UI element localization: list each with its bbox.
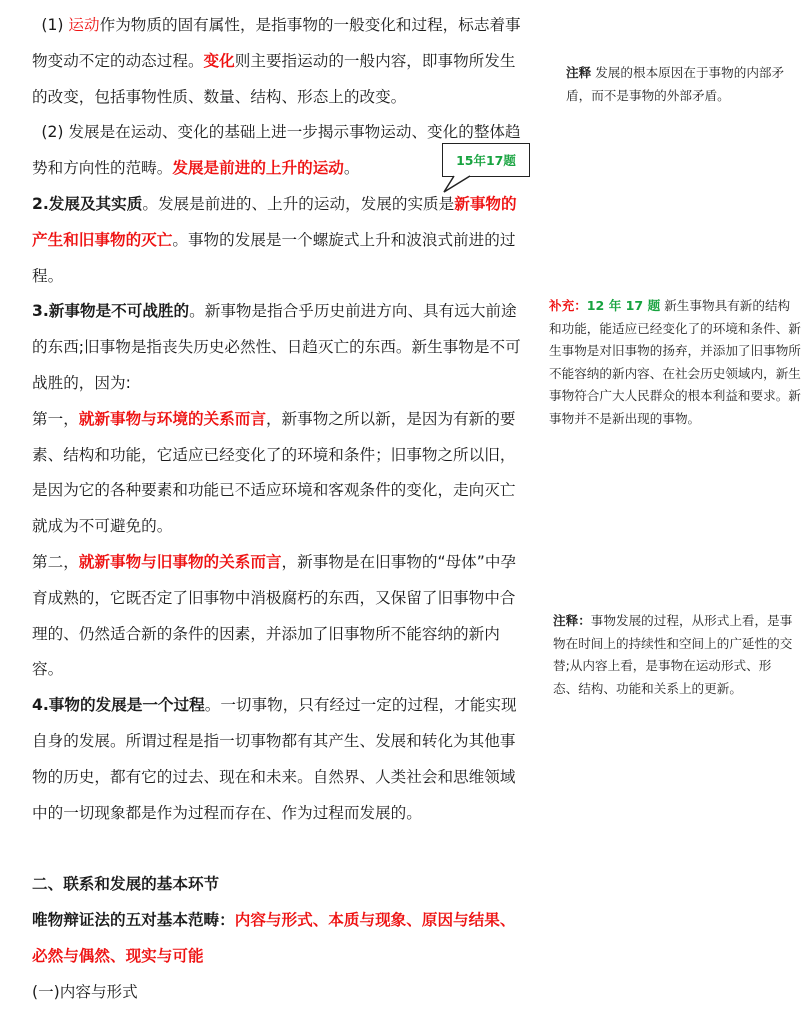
note-process: 注释：事物发展的过程，从形式上看，是事物在时间上的持续性和空间上的广延性的交替;… — [553, 610, 793, 700]
subsection-title: (一)内容与形式 — [32, 975, 524, 1009]
heading-invincible: 3.新事物是不可战胜的 — [32, 302, 189, 320]
heading-essence: 2.发展及其实质 — [32, 195, 142, 213]
spacer — [32, 831, 524, 867]
paragraph-process: 4.事物的发展是一个过程。一切事物，只有经过一定的过程，才能实现自身的发展。所谓… — [32, 688, 524, 831]
heading-categories: 唯物辩证法的五对基本范畴： — [32, 911, 235, 929]
note-root-cause: 注释 发展的根本原因在于事物的内部矛盾，而不是事物的外部矛盾。 — [566, 62, 801, 107]
term-change: 变化 — [204, 52, 235, 70]
exam-tag: 12 年 17 题 — [587, 298, 660, 313]
paragraph-motion: (1) 运动作为物质的固有属性，是指事物的一般变化和过程，标志着事物变动不定的动… — [32, 8, 524, 115]
paragraph-invincible: 3.新事物是不可战胜的。新事物是指合乎历史前进方向、具有远大前途的东西;旧事物是… — [32, 294, 524, 401]
section-title: 二、联系和发展的基本环节 — [32, 867, 524, 903]
callout-exam-tag: 15年17题 — [442, 143, 530, 177]
highlight-environment: 就新事物与环境的关系而言 — [79, 410, 266, 428]
term-motion: 运动 — [68, 16, 99, 34]
paragraph-categories: 唯物辩证法的五对基本范畴：内容与形式、本质与现象、原因与结果、必然与偶然、现实与… — [32, 903, 524, 975]
note-supplement: 补充：12 年 17 题 新生事物具有新的结构和功能，能适应已经变化了的环境和条… — [549, 295, 801, 431]
callout-tail-icon — [440, 175, 480, 195]
paragraph-essence: 2.发展及其实质。发展是前进的、上升的运动，发展的实质是新事物的产生和旧事物的灭… — [32, 187, 524, 294]
highlight-old-new: 就新事物与旧事物的关系而言 — [79, 553, 282, 571]
paragraph-first-reason: 第一，就新事物与环境的关系而言，新事物之所以新，是因为有新的要素、结构和功能，它… — [32, 402, 524, 545]
paragraph-second-reason: 第二，就新事物与旧事物的关系而言，新事物是在旧事物的“母体”中孕育成熟的，它既否… — [32, 545, 524, 688]
highlight-development: 发展是前进的上升的运动 — [172, 159, 344, 177]
heading-process: 4.事物的发展是一个过程 — [32, 696, 205, 714]
